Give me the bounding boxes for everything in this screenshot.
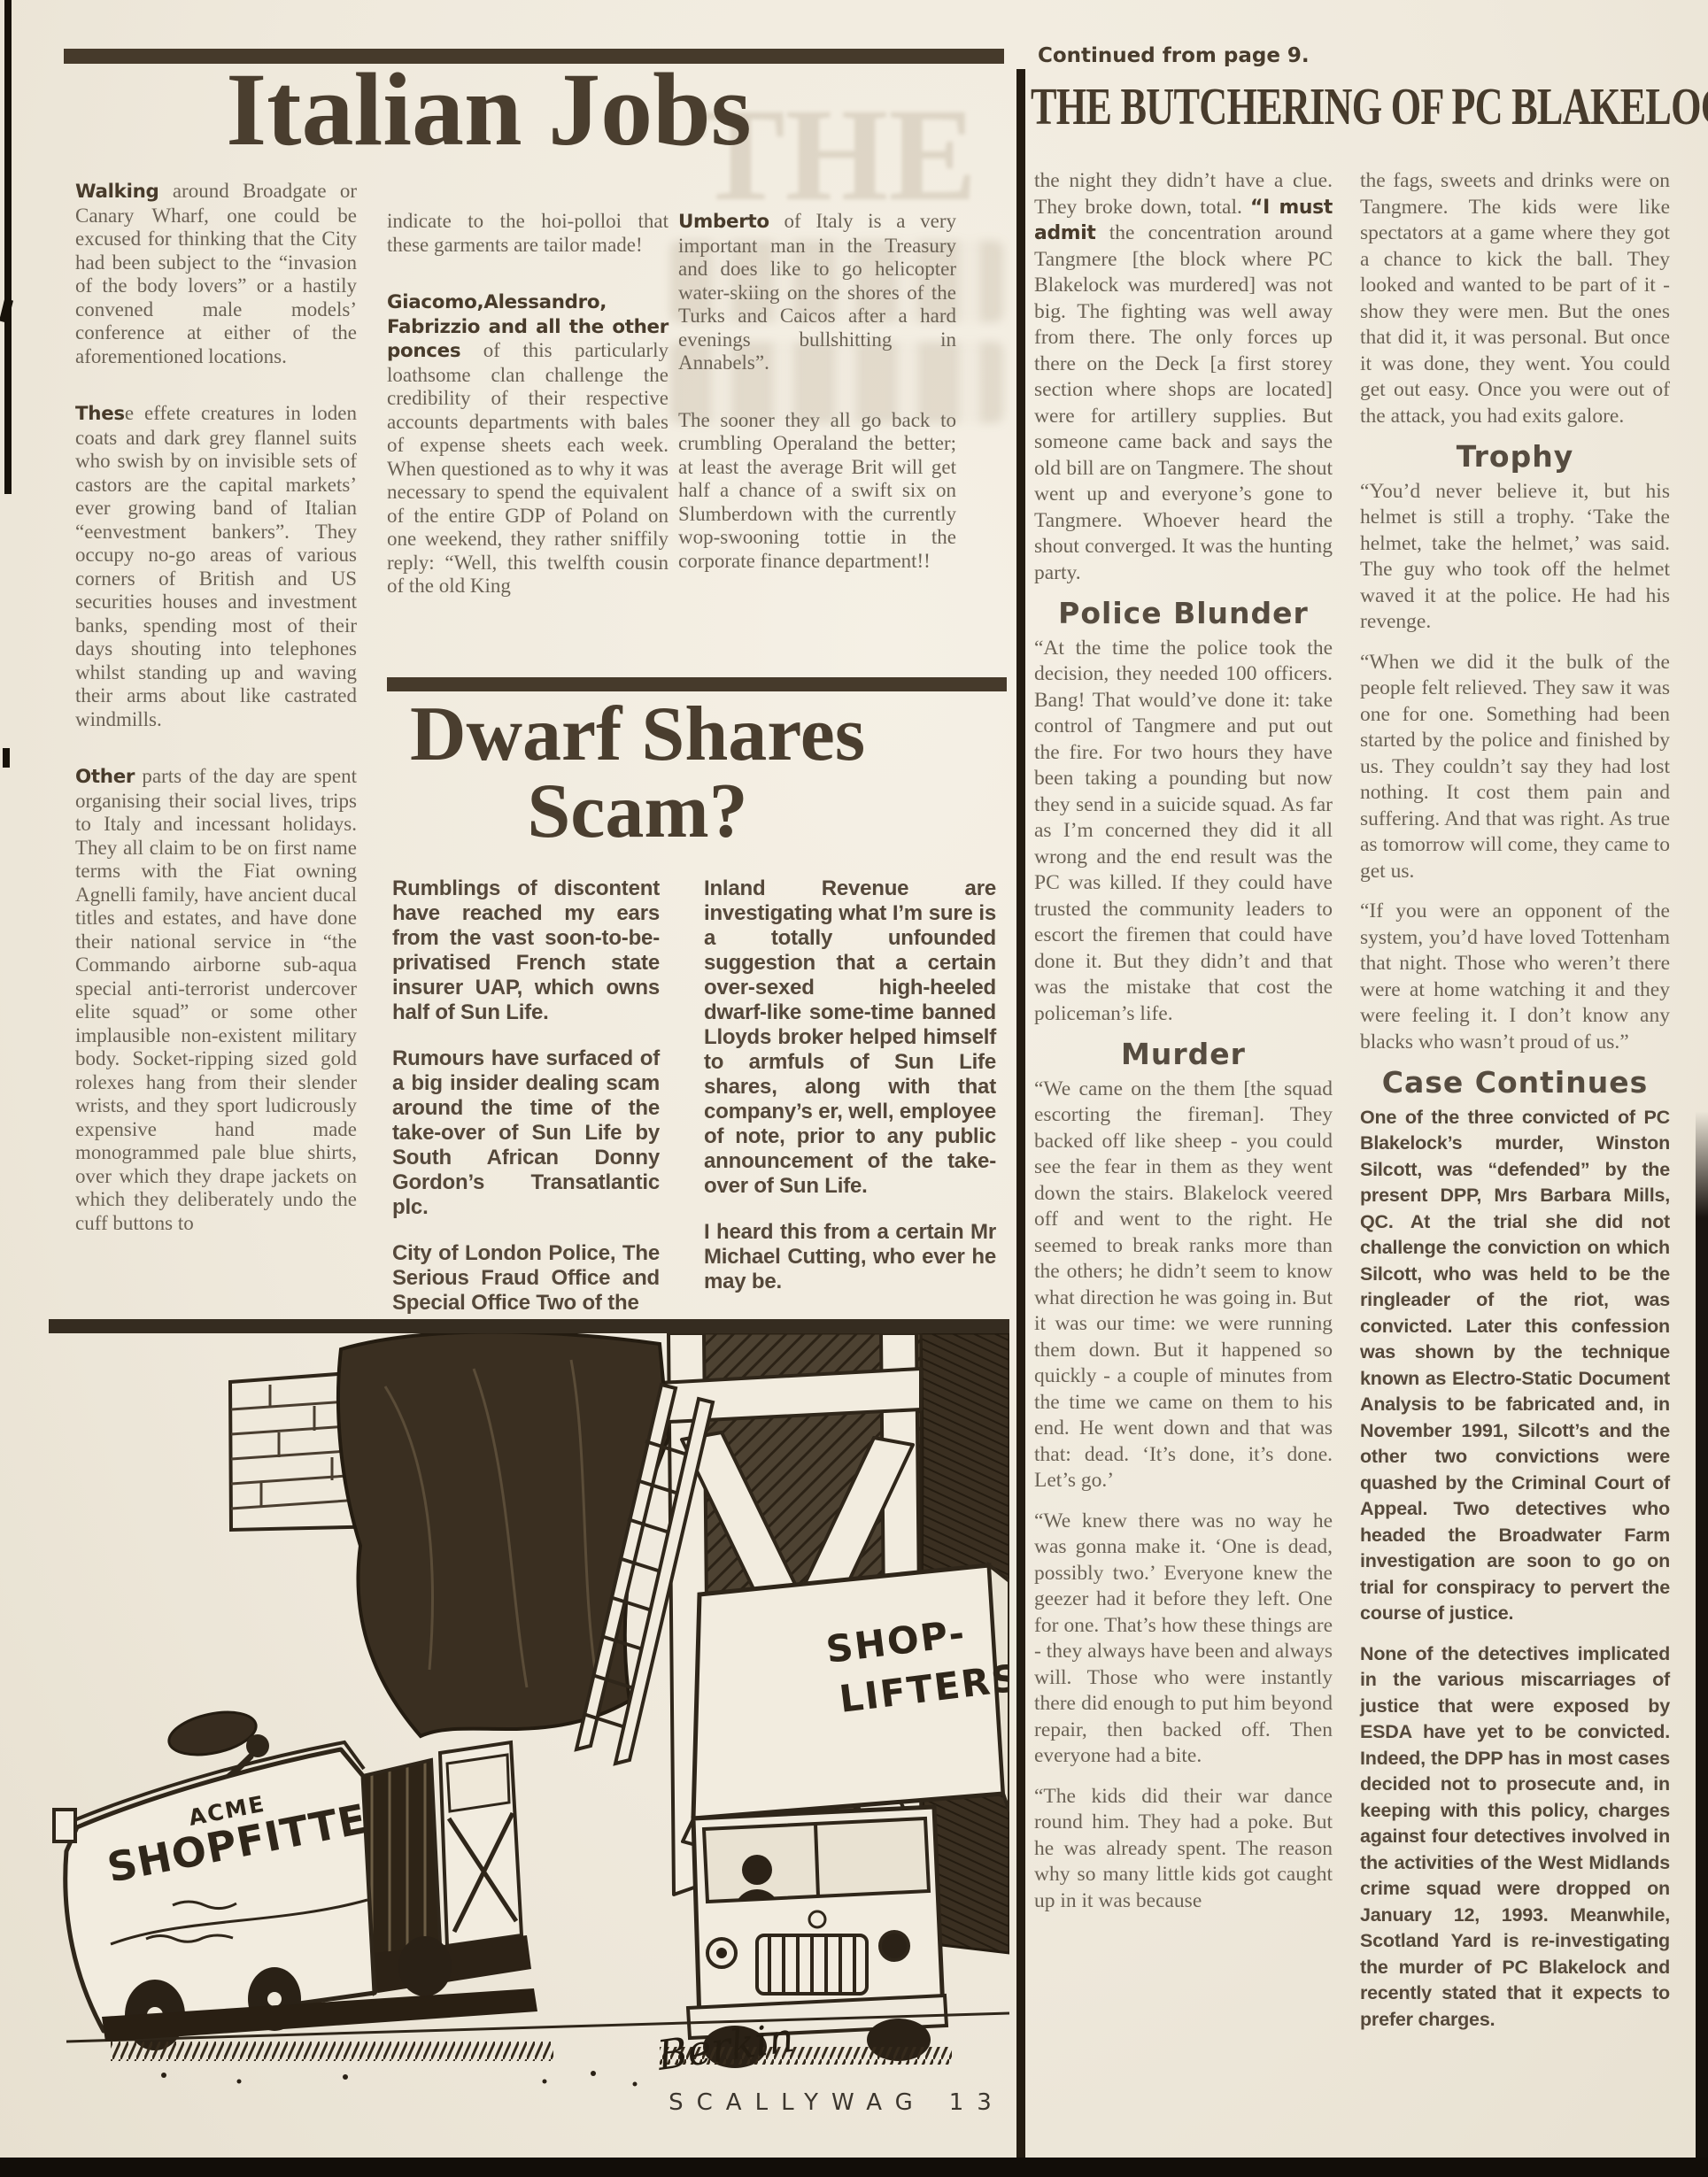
blakelock-column-1: the night they didn’t have a clue. They … bbox=[1034, 168, 1333, 1928]
page-bottom-bar bbox=[0, 2158, 1708, 2177]
italian-jobs-column-3: Umberto of Italy is a very important man… bbox=[678, 210, 956, 606]
column-divider bbox=[1016, 69, 1025, 2158]
cartoon-tarpaulin bbox=[338, 1333, 669, 1736]
article-title-italian-jobs: Italian Jobs bbox=[55, 57, 923, 163]
page-footer: SCALLYWAG13 bbox=[615, 2089, 1058, 2116]
paragraph: “We came on the them [the squad escortin… bbox=[1034, 1077, 1333, 1494]
paragraph: The sooner they all go back to crumbling… bbox=[678, 409, 956, 574]
cartoon-ground-hatch bbox=[111, 2042, 553, 2061]
paragraph: indicate to the hoi-polloi that these ga… bbox=[387, 210, 669, 257]
cartoon-speckles bbox=[161, 2071, 638, 2087]
italian-jobs-column-1: Walking around Broadgate or Canary Wharf… bbox=[75, 180, 357, 1269]
paragraph: Walking around Broadgate or Canary Wharf… bbox=[75, 180, 357, 368]
dwarf-title-line1: Dwarf Shares bbox=[372, 696, 903, 773]
dwarf-title-line2: Scam? bbox=[372, 773, 903, 850]
paragraph: the fags, sweets and drinks were on Tang… bbox=[1360, 168, 1670, 429]
paragraph: I heard this from a certain Mr Michael C… bbox=[704, 1220, 996, 1294]
paragraph: the night they didn’t have a clue. They … bbox=[1034, 168, 1333, 586]
scan-edge-shadow bbox=[1696, 1111, 1708, 2177]
article-title-butchering-pc-blakelock: THE BUTCHERING OF PC BLAKELOCK bbox=[1031, 80, 1703, 135]
paragraph: “When we did it the bulk of the people f… bbox=[1360, 650, 1670, 885]
section-heading: Murder bbox=[1034, 1041, 1333, 1068]
section-heading: Police Blunder bbox=[1034, 600, 1333, 627]
paragraph: “At the time the police took the decisio… bbox=[1034, 636, 1333, 1028]
paragraph: Other parts of the day are spent organis… bbox=[75, 765, 357, 1235]
driver-silhouette bbox=[742, 1855, 772, 1885]
paragraph: “We knew there was no way he was gonna m… bbox=[1034, 1509, 1333, 1770]
paragraph: Rumblings of discontent have reached my … bbox=[392, 876, 660, 1025]
dwarf-column-2: Inland Revenue are investigating what I’… bbox=[704, 876, 996, 1316]
blakelock-column-2: the fags, sweets and drinks were on Tang… bbox=[1360, 168, 1670, 2047]
section-heading: Case Continues bbox=[1360, 1069, 1670, 1096]
paragraph: These effete creatures in loden coats an… bbox=[75, 402, 357, 731]
paragraph: Giacomo,Alessandro, Fabrizzio and all th… bbox=[387, 290, 669, 598]
italian-jobs-column-2: indicate to the hoi-polloi that these ga… bbox=[387, 210, 669, 632]
paragraph: Inland Revenue are investigating what I’… bbox=[704, 876, 996, 1199]
section-heading: Trophy bbox=[1360, 444, 1670, 470]
cartoon-illustration: ACME SHOPFITTERS SHOP- LIFTERS bbox=[49, 1333, 1009, 2095]
dwarf-article-rule bbox=[387, 677, 1007, 691]
continued-from-note: Continued from page 9. bbox=[1038, 44, 1310, 67]
paragraph: “If you were an opponent of the system, … bbox=[1360, 899, 1670, 1055]
paragraph: One of the three convicted of PC Blakelo… bbox=[1360, 1105, 1670, 1627]
publication-name: SCALLYWAG bbox=[669, 2089, 926, 2116]
paragraph: City of London Police, The Serious Fraud… bbox=[392, 1241, 660, 1316]
paragraph: Rumours have surfaced of a big insider d… bbox=[392, 1046, 660, 1220]
paragraph: “You’d never believe it, but his helmet … bbox=[1360, 479, 1670, 636]
page-number: 13 bbox=[949, 2089, 1005, 2116]
paragraph: None of the detectives implicated in the… bbox=[1360, 1641, 1670, 2034]
dwarf-column-1: Rumblings of discontent have reached my … bbox=[392, 876, 660, 1337]
paragraph: “The kids did their war dance round him.… bbox=[1034, 1784, 1333, 1915]
paragraph: Umberto of Italy is a very important man… bbox=[678, 210, 956, 375]
scan-edge-mark bbox=[3, 748, 10, 768]
article-title-dwarf-shares-scam: Dwarf Shares Scam? bbox=[372, 696, 903, 850]
scan-edge-mark bbox=[4, 0, 12, 494]
